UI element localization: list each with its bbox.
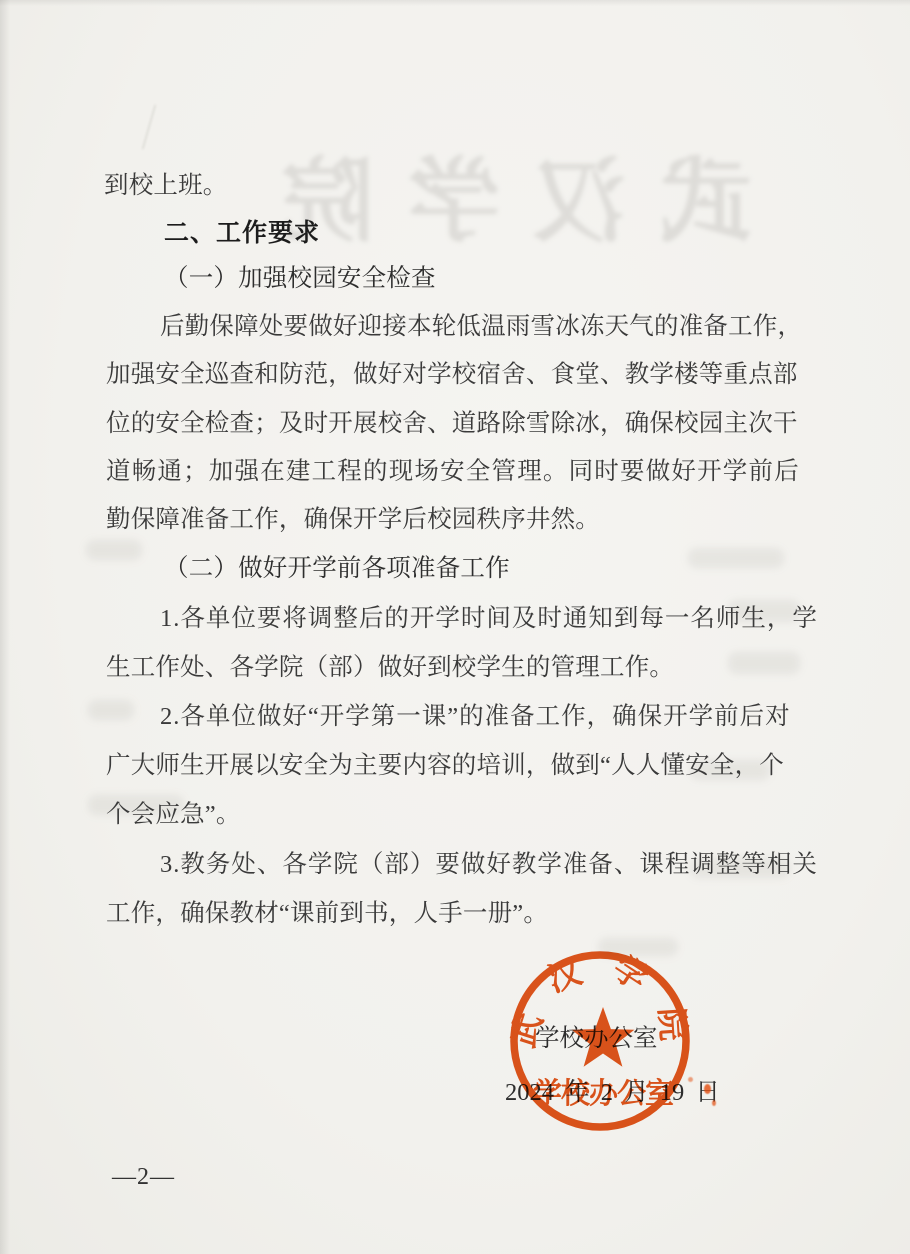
ink-speck [688,1077,693,1082]
body-line: 工作，确保教材“课前到书，人手一册”。 [106,894,548,929]
body-line: 勤保障准备工作，确保开学后校园秩序井然。 [106,500,600,535]
seal-banner-text: 学校办公室 [533,1077,674,1110]
body-line: 广大师生开展以安全为主要内容的培训，做到“人人懂安全，个 [106,746,784,781]
body-line: 3.教务处、各学院（部）要做好教学准备、课程调整等相关 [160,845,818,880]
sub-heading: （一）加强校园安全检查 [164,259,436,294]
ink-speck [712,1100,716,1106]
body-line: 加强安全巡查和防范，做好对学校宿舍、食堂、教学楼等重点部 [106,355,798,390]
ink-speck [704,1084,711,1094]
document-page: 武汉学院 到校上班。 二、工作要求 （一）加强校园安全检查 后勤保障处要做好迎接… [0,0,910,1254]
page-number: —2— [112,1164,175,1191]
paper-crease [142,105,157,150]
seal-graphic: 武汉学院 学校办公室 [500,943,700,1143]
scan-smudge [86,540,142,560]
scan-edge-shadow [0,0,10,1254]
body-line: 到校上班。 [104,166,228,201]
sub-heading: （二）做好开学前各项准备工作 [164,549,510,584]
scan-smudge [88,700,134,720]
official-seal: 武汉学院 学校办公室 [500,943,700,1143]
body-line: 个会应急”。 [106,795,241,830]
seal-star-icon [572,1007,635,1067]
body-line: 道畅通；加强在建工程的现场安全管理。同时要做好开学前后 [106,452,800,487]
body-line: 后勤保障处要做好迎接本轮低温雨雪冰冻天气的准备工作， [160,307,802,342]
body-line: 2.各单位做好“开学第一课”的准备工作，确保开学前后对 [160,697,791,732]
scan-smudge [688,548,784,568]
scan-smudge [728,652,800,674]
body-line: 位的安全检查；及时开展校舍、道路除雪除冰，确保校园主次干 [106,404,798,439]
body-line: 1.各单位要将调整后的开学时间及时通知到每一名师生，学 [160,599,818,634]
section-heading: 二、工作要求 [164,213,320,249]
body-line: 生工作处、各学院（部）做好到校学生的管理工作。 [106,648,674,683]
scan-edge-shadow [0,0,910,6]
